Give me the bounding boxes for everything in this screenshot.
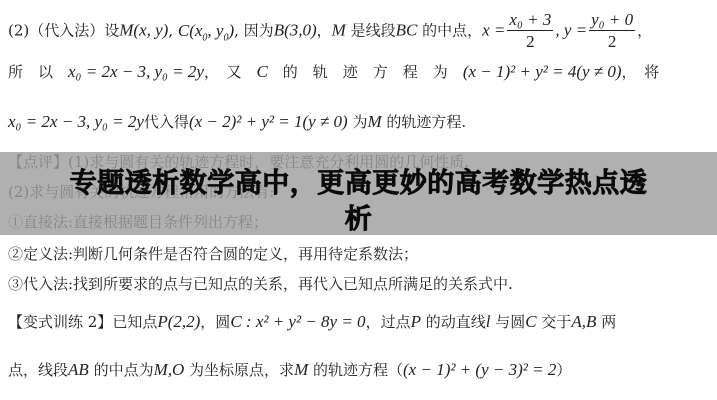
comma: ， [317, 22, 332, 40]
segment-bc: BC [396, 21, 418, 40]
fraction-y: y₀ + 02 [589, 10, 635, 53]
y-equals: , y = [555, 21, 587, 40]
text-points: 点，线段 [8, 361, 68, 379]
segment-ab: AB [68, 360, 89, 379]
banner-title-line-2: 析 [0, 202, 717, 238]
point-p: P [411, 312, 421, 331]
text-as: 为 [348, 113, 368, 131]
point-m2: M [332, 21, 346, 40]
comma: ， [637, 22, 652, 40]
text-intersects: 交于 [537, 313, 572, 331]
point-m: M [367, 112, 381, 131]
exercise-line-2: 点，线段AB 的中点为M,O 为坐标原点，求M 的轨迹方程（(x − 1)² +… [8, 360, 571, 380]
locus-equation-c: (x − 1)² + y² = 4(y ≠ 0) [463, 62, 622, 81]
midpoint-text-2: 的中点， [417, 22, 482, 40]
x-equals: x = [482, 21, 505, 40]
fraction-numerator: x₀ + 3 [507, 10, 553, 31]
text-moving-line: 的动直线 [421, 313, 486, 331]
circle-equation: C : x² + y² − 8y = 0 [230, 312, 365, 331]
text-substitute: 代入得 [144, 113, 189, 131]
separator: , [168, 22, 178, 40]
point-m: M [294, 360, 308, 379]
paren-close: ） [556, 361, 571, 379]
text-two: 两 [596, 313, 616, 331]
point-b: B(3,0) [274, 21, 317, 40]
text-circle: ，圆 [200, 313, 230, 331]
points-mo: M,O [154, 360, 185, 379]
method-prefix: (2)（代入法）设 [8, 22, 119, 40]
point-p: P(2,2) [157, 312, 200, 331]
exercise-label: 【变式训练 2】 [8, 313, 112, 331]
circle-c: C [525, 312, 536, 331]
fraction-numerator: y₀ + 0 [589, 10, 635, 31]
point-c: C [256, 62, 267, 81]
points-ab: A,B [571, 312, 596, 331]
text-with-circle: 与圆 [490, 313, 525, 331]
method-definition: ②定义法:判断几何条件是否符合圆的定义，再用待定系数法； [8, 244, 418, 264]
exercise-line-1: 【变式训练 2】已知点P(2,2)，圆C : x² + y² − 8y = 0，… [8, 312, 616, 332]
fraction-x: x₀ + 32 [507, 10, 553, 53]
banner-title-line-1: 专题透析数学高中，更高更妙的高考数学热点透 [0, 166, 717, 202]
text-so: 所 以 [8, 63, 68, 81]
because-text: , 因为 [234, 22, 274, 40]
method-substitution: ③代入法:找到所要求的点与已知点的关系，再代入已知点所满足的关系式中. [8, 274, 513, 294]
point-c: C(x0, y0) [178, 21, 234, 40]
fraction-denominator: 2 [589, 31, 635, 53]
text-through: ，过点 [366, 313, 411, 331]
text-midpoint: 的中点为 [89, 361, 154, 379]
text-find-locus: 的轨迹方程（ [308, 361, 403, 379]
solution-line-2: 所 以 x₀ = 2x − 3, y₀ = 2y， 又 C 的 轨 迹 方 程 … [8, 62, 659, 82]
solution-line-1: (2)（代入法）设M(x, y), C(x0, y0), 因为B(3,0)，M … [8, 10, 652, 53]
text-also: ， 又 [204, 63, 257, 81]
solution-line-3: x₀ = 2x − 3, y₀ = 2y代入得(x − 2)² + y² = 1… [8, 112, 466, 132]
locus-equation-m: (x − 2)² + y² = 1(y ≠ 0) [189, 112, 348, 131]
text-then: ， 将 [622, 63, 660, 81]
text-locus-end: 的轨迹方程. [382, 113, 467, 131]
substitution-equation: x₀ = 2x − 3, y₀ = 2y [8, 112, 144, 131]
point-m: M(x, y) [119, 21, 168, 40]
text-given: 已知点 [112, 313, 157, 331]
text-locus: 的 轨 迹 方 程 为 [268, 63, 463, 81]
point-c-y: , y [207, 21, 223, 40]
answer-equation: (x − 1)² + (y − 3)² = 2 [403, 360, 556, 379]
text-origin: 为坐标原点，求 [184, 361, 294, 379]
banner-title: 专题透析数学高中，更高更妙的高考数学热点透 析 [0, 166, 717, 238]
substitution-equation: x₀ = 2x − 3, y₀ = 2y [68, 62, 204, 81]
fraction-denominator: 2 [507, 31, 553, 53]
point-c-x: C(x [178, 21, 203, 40]
midpoint-text: 是线段 [346, 22, 396, 40]
